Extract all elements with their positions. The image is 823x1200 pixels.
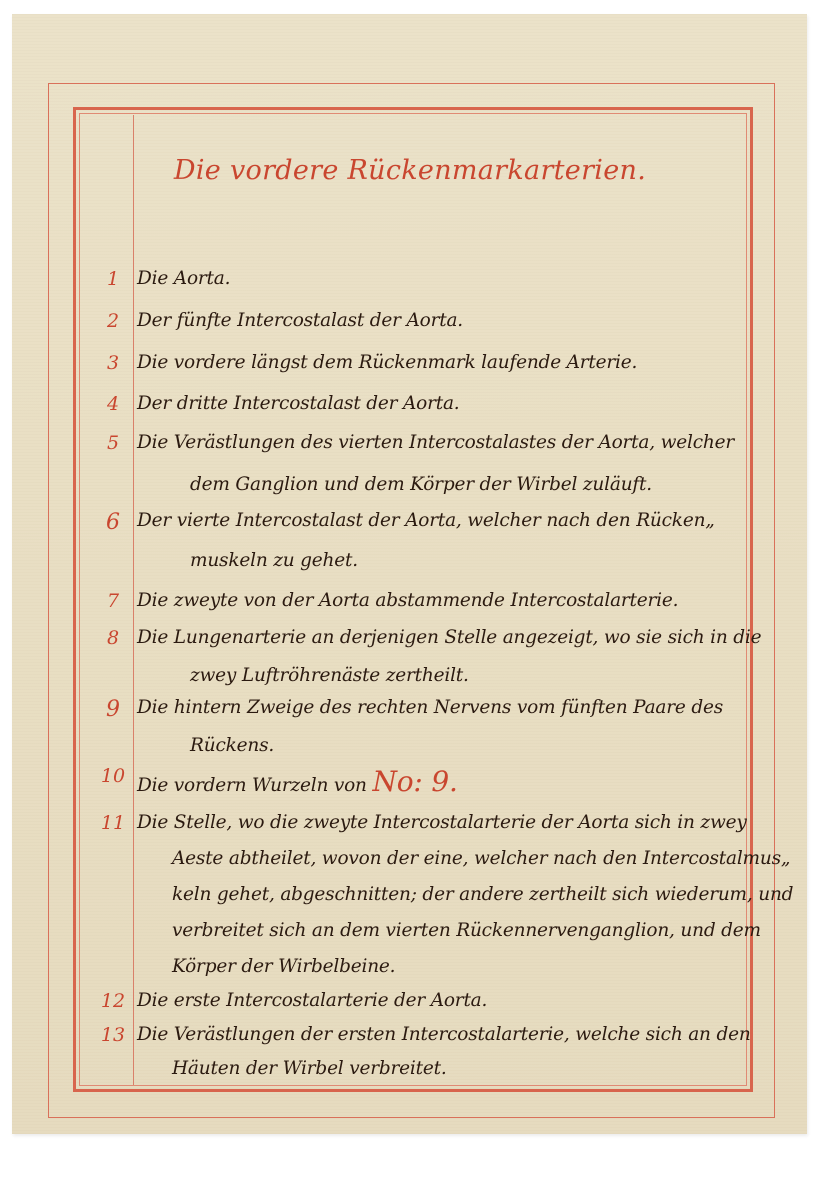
entry-number: 8 bbox=[98, 627, 128, 649]
entry-text: Die hintern Zweige des rechten Nervens v… bbox=[137, 697, 723, 718]
entry-text-continued: Rückens. bbox=[190, 735, 274, 756]
entry-number: 2 bbox=[98, 310, 128, 332]
entry-text-continued: dem Ganglion und dem Körper der Wirbel z… bbox=[190, 474, 652, 495]
entry-text: Die Stelle, wo die zweyte Intercostalart… bbox=[137, 812, 747, 833]
entry-number: 5 bbox=[98, 432, 128, 454]
number-margin-rule bbox=[133, 115, 134, 1085]
page-title: Die vordere Rückenmarkarterien. bbox=[150, 155, 670, 186]
entry-text: Die Aorta. bbox=[137, 268, 230, 289]
cross-reference: No: 9. bbox=[372, 765, 457, 798]
entry-text: Die Lungenarterie an derjenigen Stelle a… bbox=[137, 627, 761, 648]
entry-number: 9 bbox=[98, 697, 128, 722]
entry-text-continued: zwey Luftröhrenäste zertheilt. bbox=[190, 665, 469, 686]
entry-text: Der dritte Intercostalast der Aorta. bbox=[137, 393, 459, 414]
entry-number: 11 bbox=[98, 812, 128, 834]
entry-text: Die zweyte von der Aorta abstammende Int… bbox=[137, 590, 678, 611]
entry-text-main: Die vordern Wurzeln von bbox=[137, 775, 367, 796]
entry-text-continued: Aeste abtheilet, wovon der eine, welcher… bbox=[172, 848, 790, 869]
entry-text-continued: muskeln zu gehet. bbox=[190, 550, 358, 571]
entry-number: 6 bbox=[98, 510, 128, 535]
entry-text: Die Verästlungen der ersten Intercostala… bbox=[137, 1024, 751, 1045]
entry-text-continued: keln gehet, abgeschnitten; der andere ze… bbox=[172, 884, 793, 905]
entry-number: 13 bbox=[98, 1024, 128, 1046]
entry-number: 1 bbox=[98, 268, 128, 290]
entry-text-continued: verbreitet sich an dem vierten Rückenner… bbox=[172, 920, 761, 941]
entry-text-continued: Häuten der Wirbel verbreitet. bbox=[172, 1058, 447, 1079]
entry-number: 7 bbox=[98, 590, 128, 612]
entry-text-continued: Körper der Wirbelbeine. bbox=[172, 956, 395, 977]
entry-text: Die vordere längst dem Rückenmark laufen… bbox=[137, 352, 637, 373]
entry-text: Der fünfte Intercostalast der Aorta. bbox=[137, 310, 463, 331]
entry-number: 4 bbox=[98, 393, 128, 415]
entry-text: Die vordern Wurzeln von No: 9. bbox=[137, 765, 458, 798]
entry-text: Die erste Intercostalarterie der Aorta. bbox=[137, 990, 487, 1011]
entry-number: 3 bbox=[98, 352, 128, 374]
entry-text: Die Verästlungen des vierten Intercostal… bbox=[137, 432, 734, 453]
entry-text: Der vierte Intercostalast der Aorta, wel… bbox=[137, 510, 715, 531]
entry-number: 10 bbox=[98, 765, 128, 787]
entry-number: 12 bbox=[98, 990, 128, 1012]
